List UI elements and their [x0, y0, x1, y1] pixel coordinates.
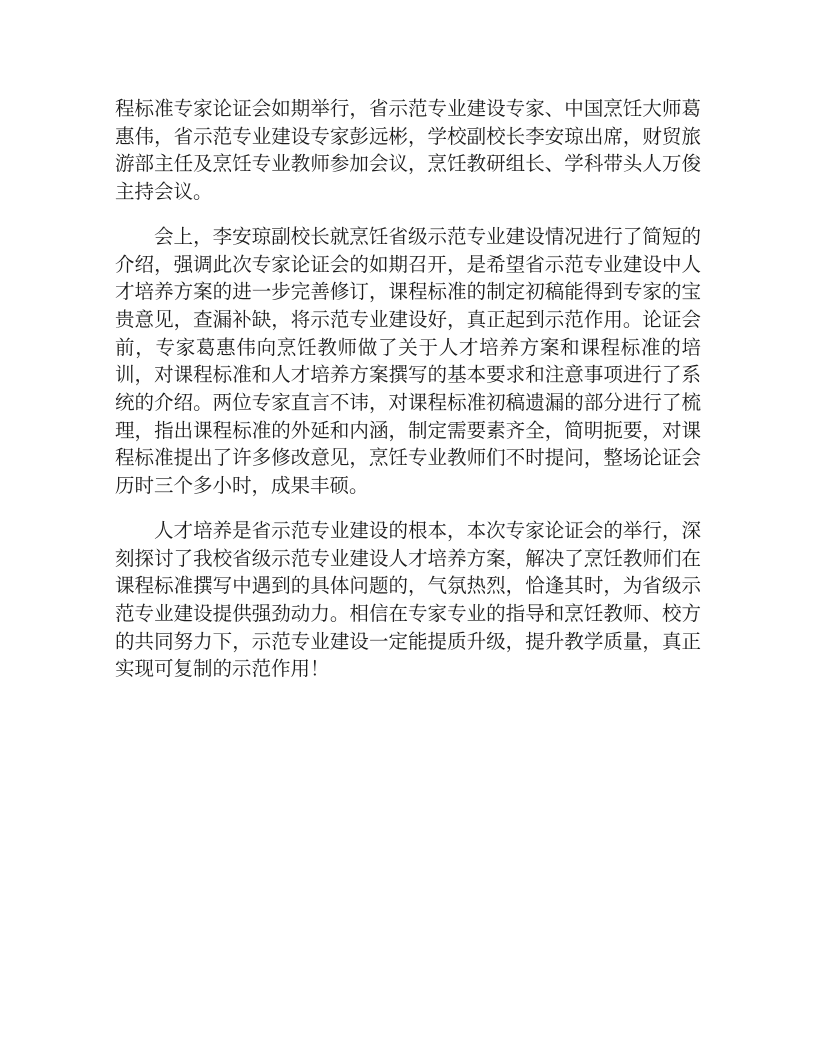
document-body: 程标准专家论证会如期举行，省示范专业建设专家、中国烹饪大师葛惠伟，省示范专业建设…: [115, 96, 701, 684]
document-page: 程标准专家论证会如期举行，省示范专业建设专家、中国烹饪大师葛惠伟，省示范专业建设…: [0, 0, 816, 1056]
paragraph-continuation: 程标准专家论证会如期举行，省示范专业建设专家、中国烹饪大师葛惠伟，省示范专业建设…: [115, 96, 701, 207]
paragraph-conclusion: 人才培养是省示范专业建设的根本，本次专家论证会的举行，深刻探讨了我校省级示范专业…: [115, 518, 701, 684]
paragraph-meeting-summary: 会上，李安琼副校长就烹饪省级示范专业建设情况进行了简短的介绍，强调此次专家论证会…: [115, 224, 701, 501]
